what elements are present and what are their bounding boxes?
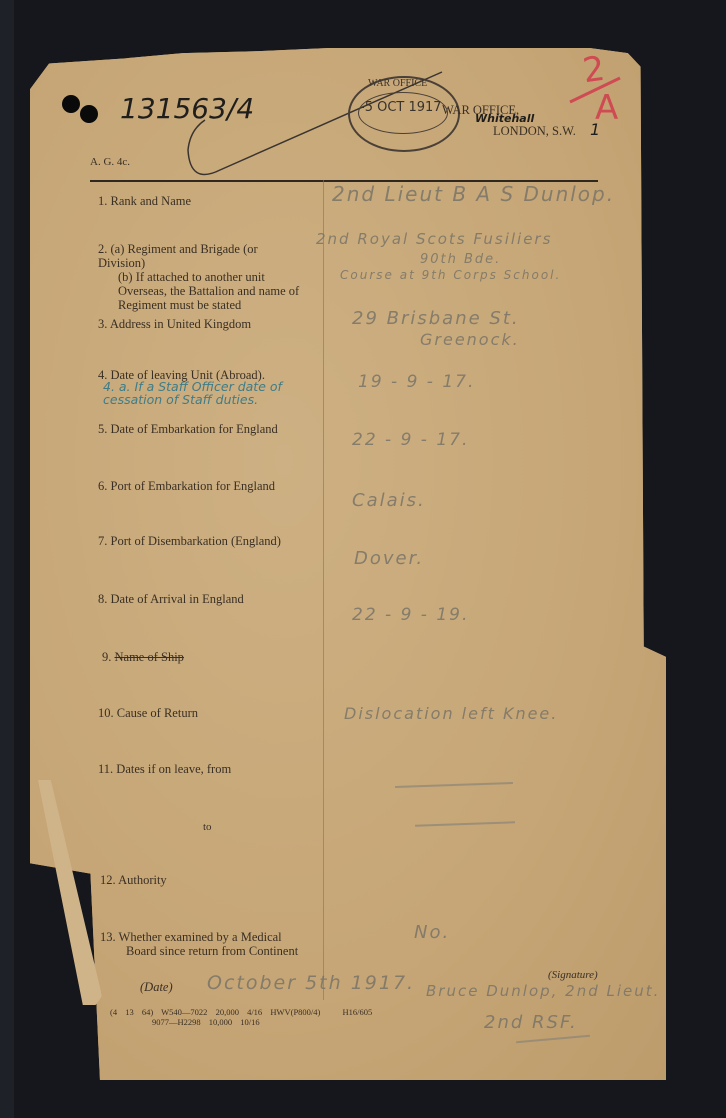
field-6-label: 6. Port of Embarkation for England — [98, 479, 275, 493]
field-1-label: 1. Rank and Name — [98, 194, 191, 208]
field-7-value: Dover. — [354, 548, 424, 569]
field-2-label: 2. (a) Regiment and Brigade (or Division… — [98, 242, 303, 312]
staff-officer-annotation: 4. a. If a Staff Officer date of cessati… — [103, 380, 318, 406]
field-12-label: 12. Authority — [100, 873, 167, 887]
field-5-value: 22 - 9 - 17. — [352, 430, 469, 450]
field-11-label: 11. Dates if on leave, from — [98, 762, 231, 776]
field-8-label: 8. Date of Arrival in England — [98, 592, 244, 606]
letterhead-line3: LONDON, S.W. — [493, 124, 576, 138]
field-3-label: 3. Address in United Kingdom — [98, 317, 251, 331]
field-10-value: Dislocation left Knee. — [344, 704, 558, 723]
form-code: A. G. 4c. — [90, 155, 130, 169]
stamp-date: -5 OCT 1917 — [360, 100, 442, 115]
scan-border — [0, 0, 14, 1118]
field-3-value-town: Greenock. — [420, 330, 520, 349]
field-7-label: 7. Port of Disembarkation (England) — [98, 534, 281, 548]
stamp-title: WAR OFFICE — [368, 78, 427, 89]
print-code-row1: (4 13 64) W540—7022 20,000 4/16 HWV(P800… — [110, 1007, 372, 1017]
date-label: (Date) — [140, 980, 173, 994]
field-2-value: 2nd Royal Scots Fusiliers — [316, 230, 552, 248]
field-9-label: 9. Name of Ship — [102, 650, 184, 664]
field-10-label: 10. Cause of Return — [98, 706, 198, 720]
field-2-value-course: Course at 9th Corps School. — [340, 268, 561, 282]
field-6-value: Calais. — [352, 490, 426, 511]
field-1-value: 2nd Lieut B A S Dunlop. — [332, 182, 615, 206]
field-3-value: 29 Brisbane St. — [352, 308, 520, 329]
signature-unit: 2nd RSF. — [484, 1012, 578, 1033]
field-8-value: 22 - 9 - 19. — [352, 605, 469, 625]
field-13-value: No. — [414, 922, 450, 943]
signature-value: Bruce Dunlop, 2nd Lieut. — [426, 982, 660, 1000]
field-13-label: 13. Whether examined by a Medical Board … — [100, 930, 298, 958]
date-value: October 5th 1917. — [207, 972, 415, 994]
punch-hole — [80, 105, 98, 123]
field-4-value: 19 - 9 - 17. — [358, 372, 475, 392]
punch-hole — [62, 95, 80, 113]
field-5-label: 5. Date of Embarkation for England — [98, 422, 278, 436]
column-divider — [323, 180, 324, 1000]
red-annotation-letter: A — [595, 88, 618, 128]
field-2-value-brigade: 90th Bde. — [420, 252, 501, 267]
field-11-to-label: to — [203, 820, 212, 834]
signature-label: (Signature) — [548, 968, 598, 982]
print-code-row2: 9077—H2298 10,000 10/16 — [152, 1017, 260, 1027]
